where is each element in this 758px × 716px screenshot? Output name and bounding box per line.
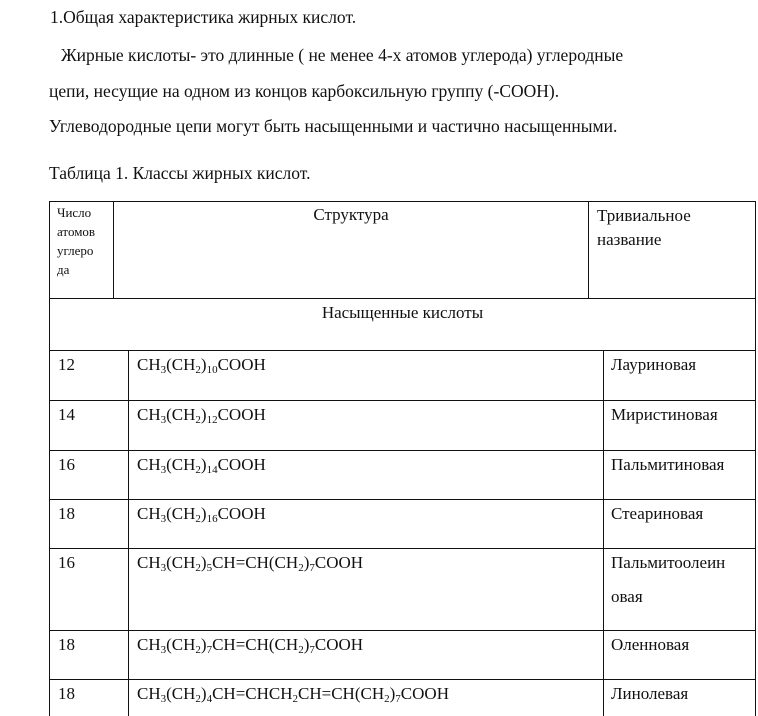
cell-carbon-count: 18 — [58, 683, 75, 705]
cell-formula: CH3(CH2)16COOH — [137, 503, 266, 525]
table-border — [49, 298, 756, 299]
paragraph-line-3: Углеводородные цепи могут быть насыщенны… — [49, 115, 617, 137]
header-text: Тривиальное — [597, 204, 691, 228]
header-text: да — [57, 260, 95, 279]
cell-carbon-count: 16 — [58, 552, 75, 574]
header-text: атомов — [57, 222, 95, 241]
cell-trivial-name: Пальмитоолеиновая — [611, 546, 725, 614]
table-border — [603, 548, 604, 630]
header-text: название — [597, 228, 691, 252]
header-text: Число — [57, 203, 95, 222]
table-border — [128, 679, 129, 716]
header-text: углеро — [57, 241, 95, 260]
cell-carbon-count: 16 — [58, 454, 75, 476]
table-caption: Таблица 1. Классы жирных кислот. — [49, 162, 310, 184]
paragraph-line-1: Жирные кислоты- это длинные ( не менее 4… — [61, 44, 623, 66]
heading: 1.Общая характеристика жирных кислот. — [50, 6, 356, 28]
cell-trivial-name: Стеариновая — [611, 497, 703, 531]
cell-formula: CH3(CH2)10COOH — [137, 354, 266, 376]
header-structure: Структура — [114, 204, 588, 226]
cell-trivial-name: Оленновая — [611, 628, 689, 662]
cell-trivial-name: Пальмитиновая — [611, 448, 724, 482]
cell-carbon-count: 18 — [58, 634, 75, 656]
table-border — [755, 201, 756, 716]
table-border — [49, 201, 756, 202]
table-border — [128, 400, 129, 450]
table-border — [128, 548, 129, 630]
table-border — [603, 450, 604, 499]
table-border — [128, 499, 129, 548]
cell-carbon-count: 12 — [58, 354, 75, 376]
header-carbon-count: Число атомов углеро да — [57, 203, 95, 279]
table-border — [128, 450, 129, 499]
cell-carbon-count: 14 — [58, 404, 75, 426]
cell-formula: CH3(CH2)4CH=CHCH2CH=CH(CH2)7COOH — [137, 683, 449, 705]
table-border — [603, 400, 604, 450]
cell-trivial-name: Линолевая — [611, 677, 688, 711]
section-title: Насыщенные кислоты — [50, 302, 755, 324]
cell-formula: CH3(CH2)12COOH — [137, 404, 266, 426]
cell-trivial-name: Лауриновая — [611, 348, 696, 382]
table-border — [603, 499, 604, 548]
table-border — [49, 201, 50, 716]
table-border — [588, 201, 589, 299]
cell-formula: CH3(CH2)14COOH — [137, 454, 266, 476]
cell-formula: CH3(CH2)7CH=CH(CH2)7COOH — [137, 634, 363, 656]
paragraph-line-2: цепи, несущие на одном из концов карбокс… — [49, 80, 559, 102]
cell-carbon-count: 18 — [58, 503, 75, 525]
cell-trivial-name: Миристиновая — [611, 398, 718, 432]
cell-formula: CH3(CH2)5CH=CH(CH2)7COOH — [137, 552, 363, 574]
header-trivial-name: Тривиальное название — [597, 204, 691, 252]
table-border — [128, 630, 129, 679]
table-border — [128, 350, 129, 400]
table-border — [603, 350, 604, 400]
table-border — [603, 679, 604, 716]
table-border — [603, 630, 604, 679]
